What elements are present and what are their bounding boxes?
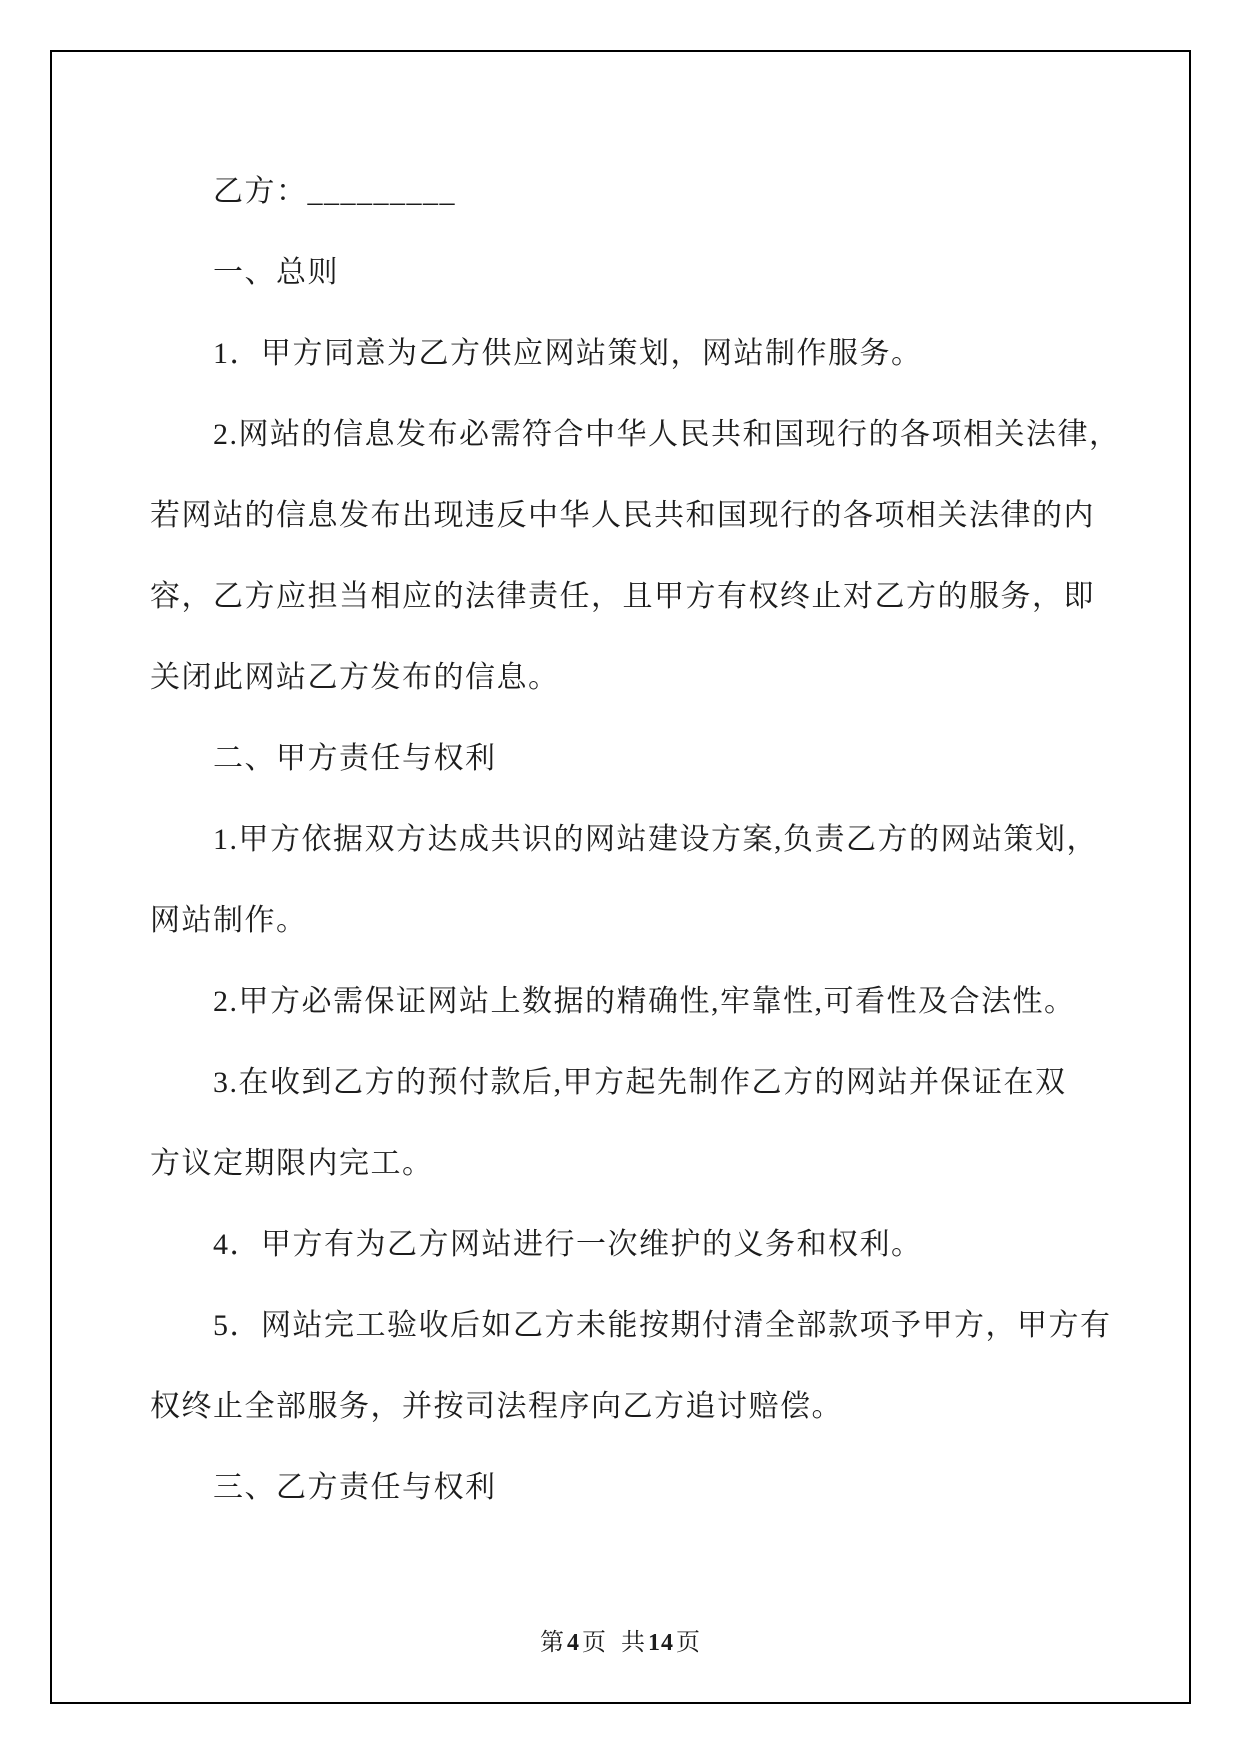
footer-total-pages: 14 bbox=[646, 1630, 676, 1656]
footer-middle-text: 页 共 bbox=[582, 1630, 646, 1656]
text-line: 1.甲方依据双方达成共识的网站建设方案,负责乙方的网站策划， bbox=[150, 799, 1140, 880]
text-line: 2.甲方必需保证网站上数据的精确性,牢靠性,可看性及合法性。 bbox=[150, 961, 1140, 1042]
section-heading-general: 一、总则 bbox=[150, 232, 1140, 313]
text-line: 4．甲方有为乙方网站进行一次维护的义务和权利。 bbox=[150, 1204, 1140, 1285]
text-line: 5．网站完工验收后如乙方未能按期付清全部款项予甲方，甲方有 bbox=[150, 1285, 1140, 1366]
text-line: 关闭此网站乙方发布的信息。 bbox=[150, 637, 1140, 718]
text-line: 1．甲方同意为乙方供应网站策划，网站制作服务。 bbox=[150, 313, 1140, 394]
section-heading-party-a-duties: 二、甲方责任与权利 bbox=[150, 718, 1140, 799]
text-line: 3.在收到乙方的预付款后,甲方起先制作乙方的网站并保证在双 bbox=[150, 1042, 1140, 1123]
text-line: 若网站的信息发布出现违反中华人民共和国现行的各项相关法律的内 bbox=[150, 475, 1140, 556]
footer-page-prefix: 第 bbox=[540, 1630, 565, 1656]
party-b-blank-line: 乙方：_________ bbox=[150, 151, 1140, 232]
text-line: 网站制作。 bbox=[150, 880, 1140, 961]
footer-page-suffix: 页 bbox=[676, 1630, 701, 1656]
text-line: 容，乙方应担当相应的法律责任，且甲方有权终止对乙方的服务，即 bbox=[150, 556, 1140, 637]
text-line: 2.网站的信息发布必需符合中华人民共和国现行的各项相关法律， bbox=[150, 394, 1140, 475]
page-footer: 第4页 共14页 bbox=[0, 1622, 1241, 1657]
text-line: 方议定期限内完工。 bbox=[150, 1123, 1140, 1204]
document-body: 乙方：_________ 一、总则 1．甲方同意为乙方供应网站策划，网站制作服务… bbox=[150, 151, 1140, 1528]
footer-page-number: 4 bbox=[565, 1630, 582, 1656]
section-heading-party-b-duties: 三、乙方责任与权利 bbox=[150, 1447, 1140, 1528]
text-line: 权终止全部服务，并按司法程序向乙方追讨赔偿。 bbox=[150, 1366, 1140, 1447]
